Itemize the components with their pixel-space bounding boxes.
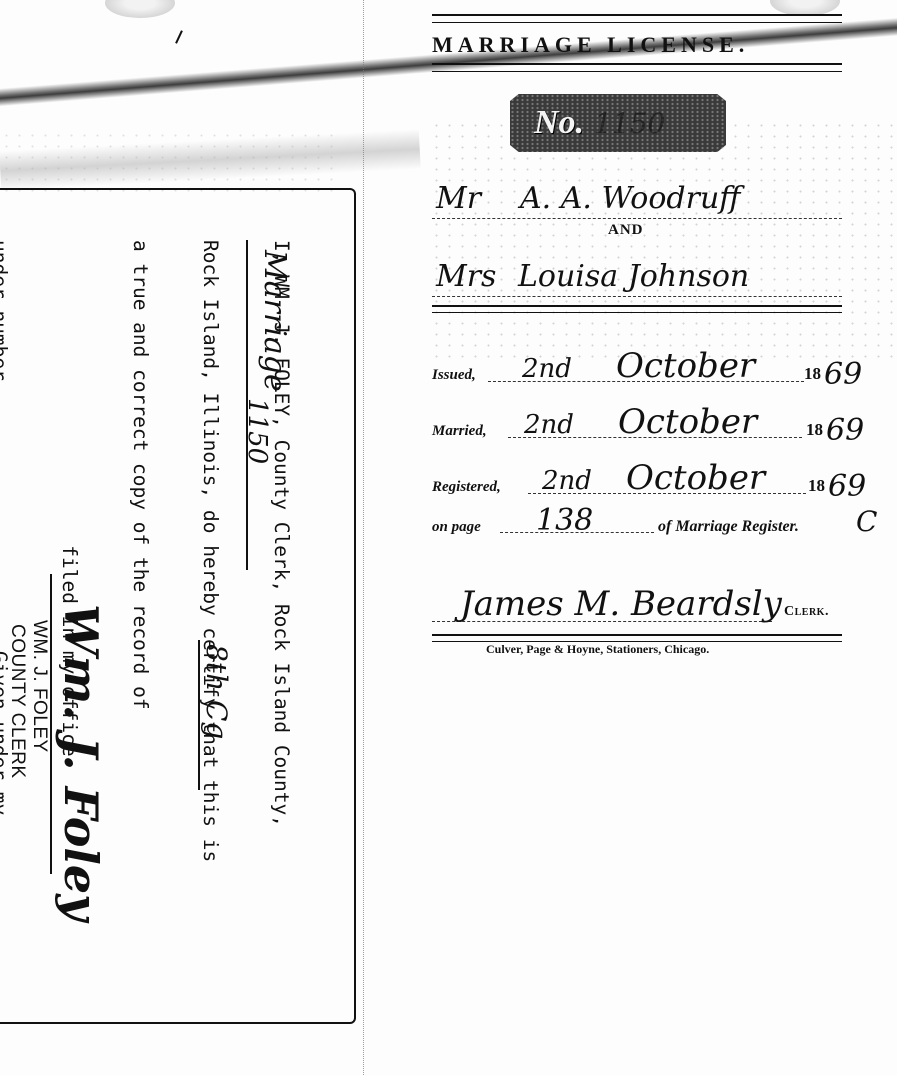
groom-row: Mr A. A. Woodruff bbox=[432, 182, 842, 219]
issued-century: 18 bbox=[804, 364, 821, 384]
registered-year: 69 bbox=[828, 469, 866, 504]
register-page-row: on page 138 of Marriage Register. C bbox=[432, 502, 882, 538]
stationer-imprint: Culver, Page & Hoyne, Stationers, Chicag… bbox=[486, 642, 709, 657]
married-century: 18 bbox=[806, 420, 823, 440]
top-rule bbox=[432, 14, 842, 23]
clerk-signature: James M. Beardsly bbox=[460, 584, 782, 624]
register-check-mark: C bbox=[856, 505, 877, 538]
issued-label: Issued, bbox=[432, 367, 476, 384]
married-year: 69 bbox=[826, 413, 864, 448]
and-label: AND bbox=[608, 222, 644, 239]
title-rule bbox=[432, 63, 842, 72]
bride-row: Mrs Louisa Johnson bbox=[432, 260, 842, 297]
day-handwritten: 8th Cg bbox=[205, 644, 229, 739]
issued-day: 2nd bbox=[522, 354, 572, 384]
names-rule bbox=[432, 305, 842, 313]
scan-noise bbox=[430, 120, 897, 360]
issued-month: October bbox=[616, 346, 755, 386]
married-month: October bbox=[618, 402, 757, 442]
license-title: MARRIAGE LICENSE. bbox=[432, 31, 842, 59]
record-number-handwritten: 1150 bbox=[245, 398, 269, 464]
registered-century: 18 bbox=[808, 476, 825, 496]
bottom-rule bbox=[432, 634, 842, 642]
county-clerk-name: WM. J. FOLEY bbox=[28, 620, 50, 753]
page-seam bbox=[363, 0, 365, 1075]
signature-rule bbox=[50, 574, 52, 874]
county-clerk-title: COUNTY CLERK bbox=[6, 624, 28, 779]
married-day: 2nd bbox=[524, 410, 574, 440]
registered-day: 2nd bbox=[542, 466, 592, 496]
groom-title: Mr bbox=[436, 181, 481, 216]
registered-label: Registered, bbox=[432, 479, 501, 496]
record-type-handwritten: Marriage bbox=[263, 250, 287, 392]
cert-line-3: a true and correct copy of the record of bbox=[129, 240, 153, 940]
number-prefix: No. bbox=[534, 104, 584, 142]
register-page-number: 138 bbox=[536, 503, 593, 538]
bride-title: Mrs bbox=[436, 259, 496, 294]
registered-month: October bbox=[626, 458, 765, 498]
married-row: Married, 2nd October 18 69 bbox=[432, 408, 882, 442]
clerk-signature-row: James M. Beardsly Clerk. bbox=[432, 566, 842, 626]
registered-row: Registered, 2nd October 18 69 bbox=[432, 464, 882, 498]
license-number: 1150 bbox=[594, 107, 665, 140]
document-page: MARRIAGE LICENSE. No. 1150 Mr A. A. Wood… bbox=[0, 0, 897, 1075]
issued-year: 69 bbox=[824, 357, 862, 392]
groom-name: A. A. Woodruff bbox=[520, 181, 741, 216]
punch-hole bbox=[105, 0, 175, 18]
license-number-plate: No. 1150 bbox=[510, 94, 726, 152]
issued-row: Issued, 2nd October 18 69 bbox=[432, 352, 882, 386]
register-page-prefix: on page bbox=[432, 519, 481, 536]
stray-mark bbox=[175, 30, 183, 44]
clerk-label: Clerk. bbox=[784, 604, 829, 620]
bride-name: Louisa Johnson bbox=[518, 259, 749, 294]
married-label: Married, bbox=[432, 423, 487, 440]
county-clerk-signature: Wm. J. Foley bbox=[54, 604, 108, 921]
marriage-license: MARRIAGE LICENSE. No. 1150 Mr A. A. Wood… bbox=[432, 14, 842, 72]
register-page-suffix: of Marriage Register. bbox=[658, 518, 799, 536]
cert-line-2: Rock Island, Illinois, do hereby certify… bbox=[199, 240, 223, 940]
cert-line-5: under number Given under my bbox=[0, 240, 11, 940]
